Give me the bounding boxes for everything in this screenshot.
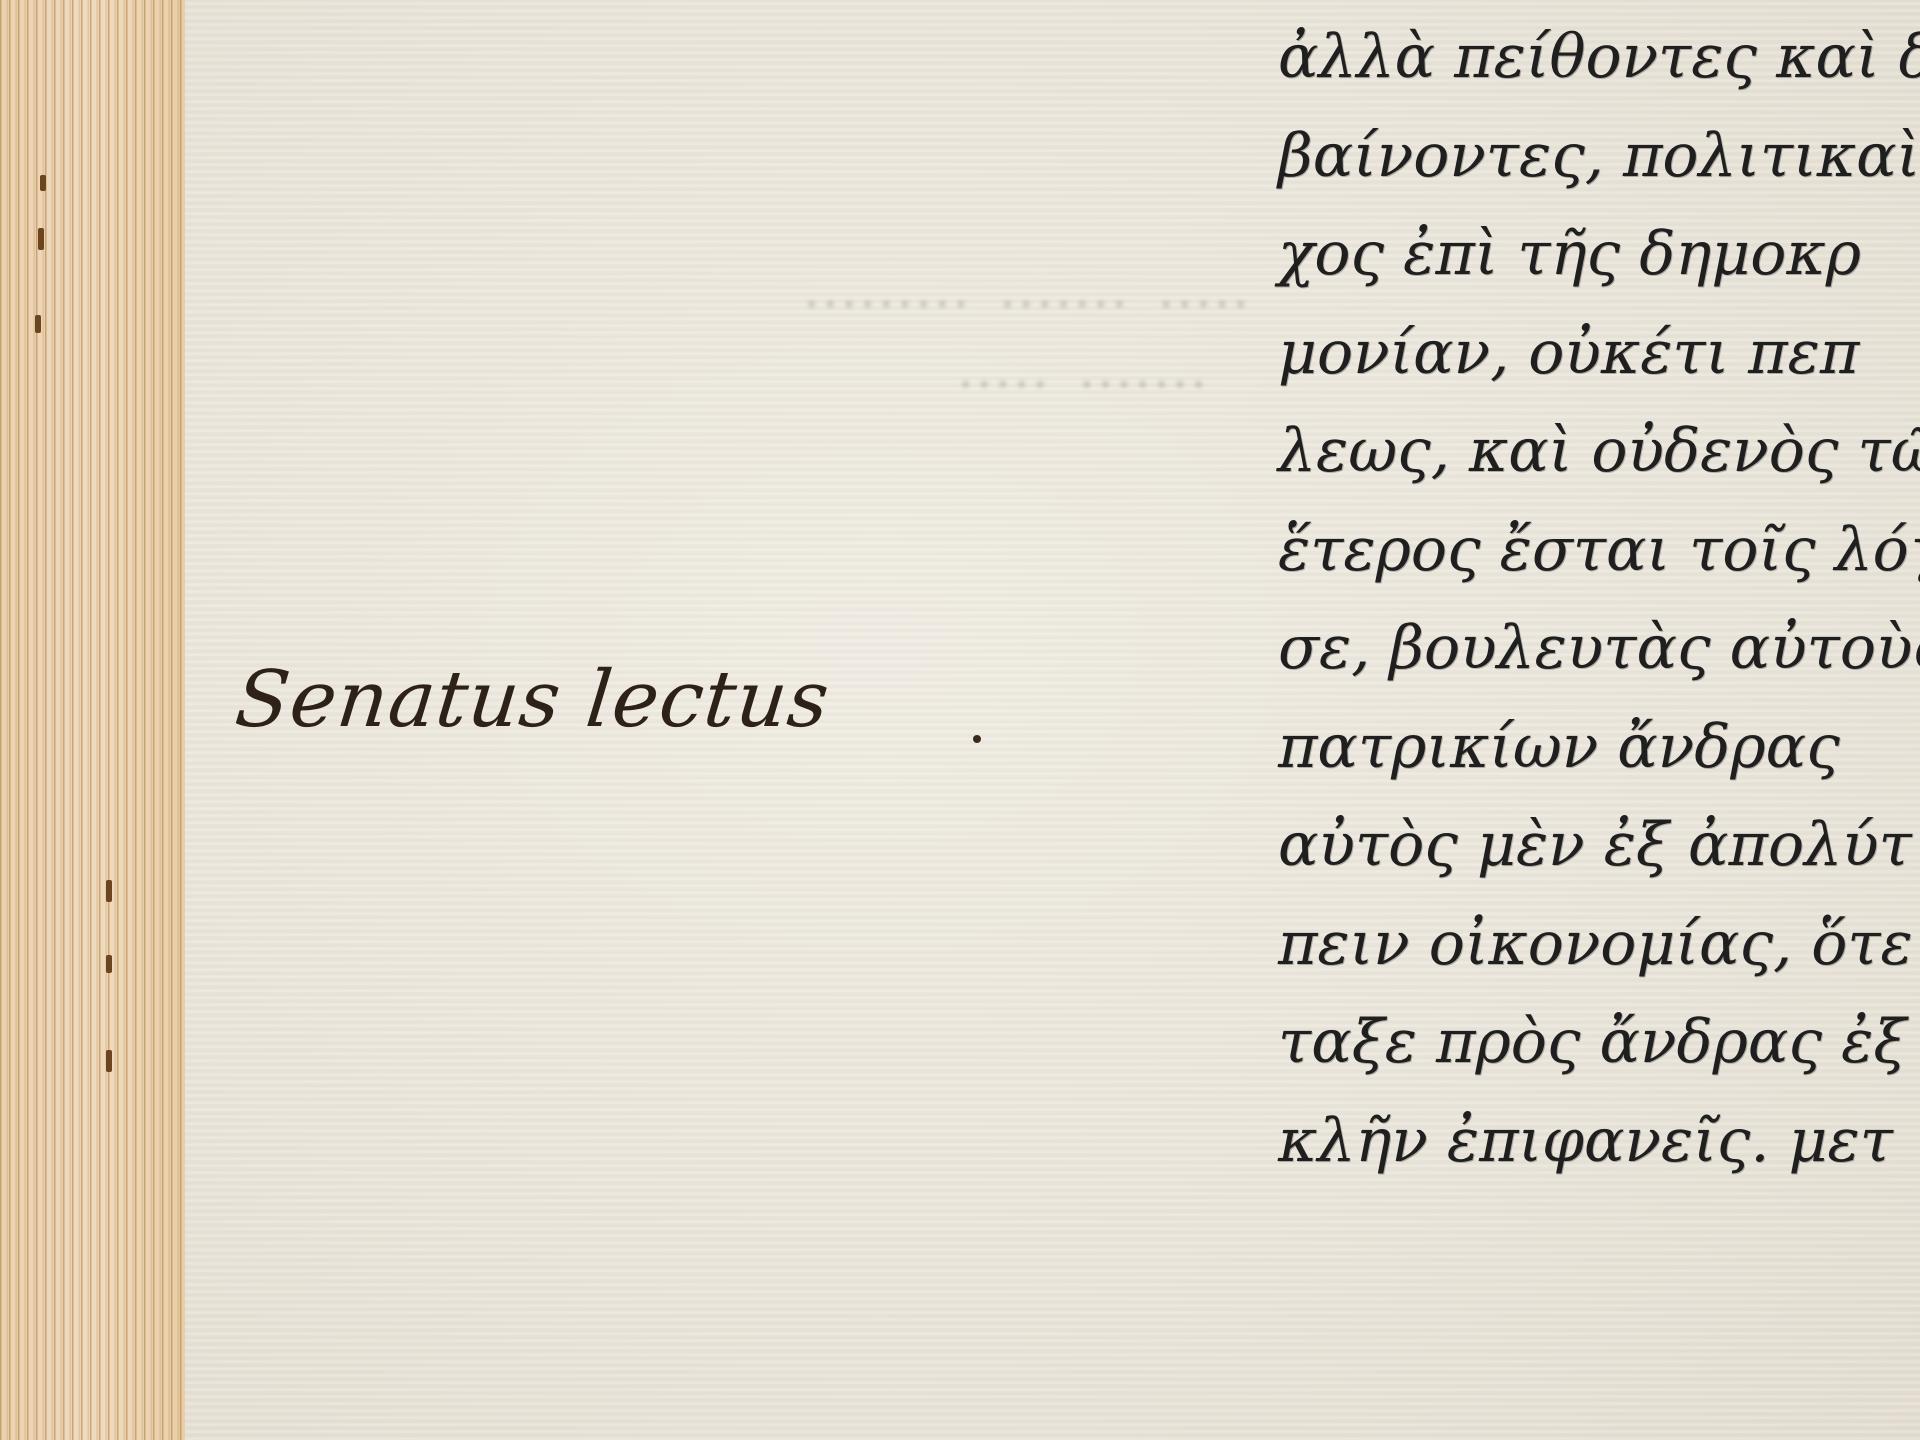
- text-line: αὐτὸς μὲν ἐξ ἀπολύτ: [1278, 796, 1920, 895]
- text-line: ἀλλὰ πείθοντες καὶ δ: [1278, 8, 1920, 107]
- edge-stain: [106, 955, 112, 973]
- text-line: ταξε πρὸς ἄνδρας ἐξ: [1278, 993, 1920, 1092]
- text-line: κλῆν ἐπιφανεῖς. μετ: [1278, 1092, 1920, 1191]
- text-line: χος ἐπὶ τῆς δημοκρ: [1278, 205, 1920, 304]
- page-edges-fore-edge: [0, 0, 186, 1440]
- text-line: πατρικίων ἄνδρας: [1278, 698, 1920, 797]
- text-line: μονίαν, οὐκέτι πεπ: [1278, 304, 1920, 403]
- handwritten-marginal-note: Senatus lectus: [231, 655, 834, 745]
- ink-dot: [973, 735, 981, 743]
- text-line: σε, βουλευτὰς αὐτοὺς: [1278, 599, 1920, 698]
- edge-stain: [106, 880, 112, 902]
- text-line: λεως, καὶ οὐδενὸς τῶν: [1278, 402, 1920, 501]
- greek-text-column: ἀλλὰ πείθοντες καὶ δ βαίνοντες, πολιτικα…: [1278, 8, 1920, 1190]
- edge-stain: [35, 315, 41, 333]
- text-line: πειν οἰκονομίας, ὅτε α: [1278, 895, 1920, 994]
- edge-stain: [38, 228, 44, 250]
- edge-stain: [40, 175, 46, 191]
- text-line: βαίνοντες, πολιτικαὶ: [1278, 107, 1920, 206]
- edge-stain: [106, 1050, 112, 1072]
- text-line: ἕτερος ἔσται τοῖς λόγ: [1278, 501, 1920, 600]
